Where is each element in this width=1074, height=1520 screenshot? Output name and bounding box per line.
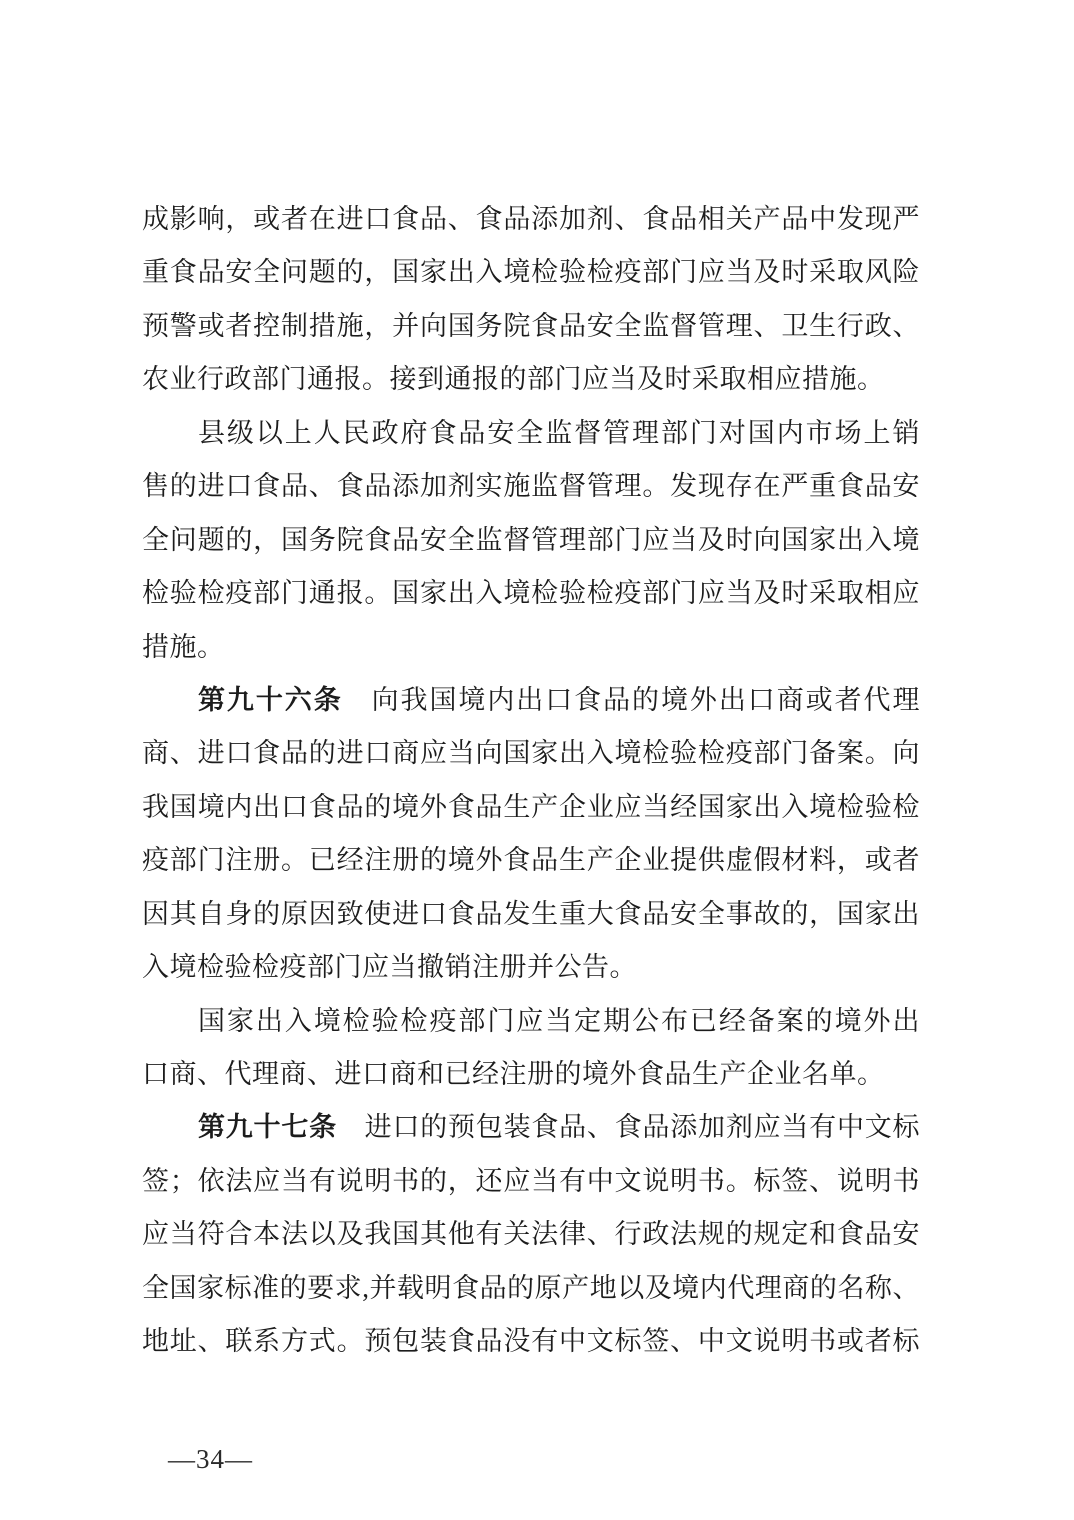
document-page: 成影响，或者在进口食品、食品添加剂、食品相关产品中发现严 重食品安全问题的，国家… [0, 0, 1074, 1520]
text-block: 成影响，或者在进口食品、食品添加剂、食品相关产品中发现严 重食品安全问题的，国家… [142, 193, 920, 1369]
page-number: —34— [168, 1442, 253, 1476]
line-text: 进口的预包装食品、食品添加剂应当有中文标 [337, 1112, 920, 1142]
article-96-number: 第九十六条 [198, 685, 343, 715]
text-line: 我国境内出口食品的境外食品生产企业应当经国家出入境检验检 [142, 781, 920, 834]
text-line: 疫部门注册。已经注册的境外食品生产企业提供虚假材料，或者 [142, 834, 920, 887]
text-line: 检验检疫部门通报。国家出入境检验检疫部门应当及时采取相应 [142, 567, 920, 620]
text-line: 第九十七条 进口的预包装食品、食品添加剂应当有中文标 [142, 1101, 920, 1154]
article-97-number: 第九十七条 [198, 1112, 337, 1142]
text-line: 第九十六条 向我国境内出口食品的境外出口商或者代理 [142, 674, 920, 727]
text-line: 国家出入境检验检疫部门应当定期公布已经备案的境外出 [142, 995, 920, 1048]
text-line: 商、进口食品的进口商应当向国家出入境检验检疫部门备案。向 [142, 727, 920, 780]
text-line: 县级以上人民政府食品安全监督管理部门对国内市场上销 [142, 407, 920, 460]
text-line: 全问题的，国务院食品安全监督管理部门应当及时向国家出入境 [142, 514, 920, 567]
text-line: 成影响，或者在进口食品、食品添加剂、食品相关产品中发现严 [142, 193, 920, 246]
text-line: 应当符合本法以及我国其他有关法律、行政法规的规定和食品安 [142, 1208, 920, 1261]
line-text: 向我国境内出口食品的境外出口商或者代理 [343, 685, 920, 715]
text-line: 售的进口食品、食品添加剂实施监督管理。发现存在严重食品安 [142, 460, 920, 513]
text-line: 农业行政部门通报。接到通报的部门应当及时采取相应措施。 [142, 353, 920, 406]
text-line: 措施。 [142, 621, 920, 674]
text-line: 因其自身的原因致使进口食品发生重大食品安全事故的，国家出 [142, 888, 920, 941]
text-line: 入境检验检疫部门应当撤销注册并公告。 [142, 941, 920, 994]
text-line: 全国家标准的要求,并载明食品的原产地以及境内代理商的名称、 [142, 1262, 920, 1315]
text-line: 重食品安全问题的，国家出入境检验检疫部门应当及时采取风险 [142, 246, 920, 299]
text-line: 口商、代理商、进口商和已经注册的境外食品生产企业名单。 [142, 1048, 920, 1101]
text-line: 预警或者控制措施，并向国务院食品安全监督管理、卫生行政、 [142, 300, 920, 353]
text-line: 地址、联系方式。预包装食品没有中文标签、中文说明书或者标 [142, 1315, 920, 1368]
text-line: 签；依法应当有说明书的，还应当有中文说明书。标签、说明书 [142, 1155, 920, 1208]
